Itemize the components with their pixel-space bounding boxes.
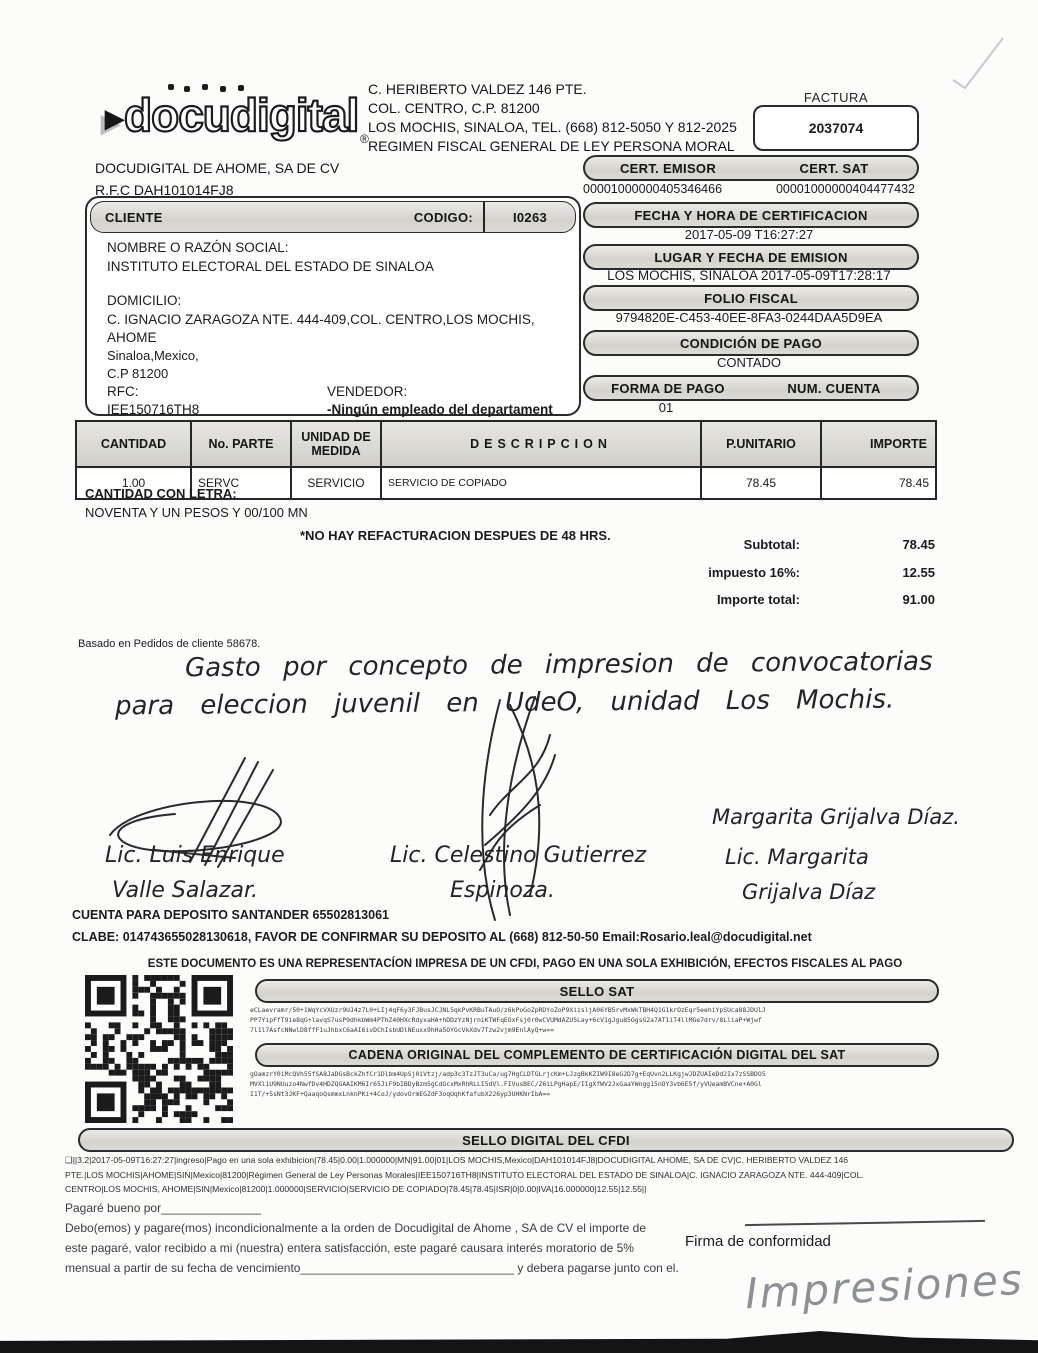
lugar-pill: LUGAR Y FECHA DE EMISION xyxy=(583,244,919,270)
tax-label: impuesto 16%: xyxy=(600,565,800,580)
domicilio-line1: C. IGNACIO ZARAGOZA NTE. 444-409,COL. CE… xyxy=(107,312,535,327)
signer3-name-line1: Lic. Margarita xyxy=(725,845,869,869)
deposit-account-line: CUENTA PARA DEPOSITO SANTANDER 655028130… xyxy=(72,908,389,922)
forma-pago-pill: FORMA DE PAGO NUM. CUENTA xyxy=(583,375,919,401)
domicilio-line2: AHOME xyxy=(107,330,157,345)
cadena-text: gOamzrY0iMcQVh55fSA8JaDGsBckZhfCr1Dlbm4U… xyxy=(250,1069,940,1099)
sello-cfdi-line: CENTRO|LOS MOCHIS, AHOME|SIN|Mexico|8120… xyxy=(65,1182,1015,1197)
lugar-value: LOS MOCHIS, SINALOA 2017-05-09T17:28:17 xyxy=(575,268,923,283)
cert-values: 00001000000405346466 0000100000040447743… xyxy=(583,182,915,196)
signer2-name-line2: Espinoza. xyxy=(450,878,555,903)
sello-sat-pill: SELLO SAT xyxy=(255,979,939,1003)
sello-sat-text: eCLaevramr/50+1WqYcVXUzr9UJ4z7L0+LIj4qF6… xyxy=(250,1005,940,1035)
col-no-parte: No. PARTE xyxy=(191,421,291,467)
cadena-pill: CADENA ORIGINAL DEL COMPLEMENTO DE CERTI… xyxy=(255,1043,939,1067)
sello-sat-label: SELLO SAT xyxy=(560,984,635,999)
cadena-label: CADENA ORIGINAL DEL COMPLEMENTO DE CERTI… xyxy=(349,1048,846,1062)
codigo-label: CODIGO: xyxy=(414,210,483,225)
firma-conformidad-label: Firma de conformidad xyxy=(685,1233,831,1250)
total-label: Importe total: xyxy=(600,592,800,607)
col-cantidad: CANTIDAD xyxy=(76,421,191,467)
pagare-line3: mensual a partir de su fecha de vencimie… xyxy=(65,1258,679,1278)
sello-sat-line: PP7YipFfT9ie8qG+lavqS7usP9dhkbWm4PThZ40H… xyxy=(250,1015,940,1025)
fecha-cert-label: FECHA Y HORA DE CERTIFICACION xyxy=(634,208,867,223)
handwritten-impresiones: Impresiones xyxy=(744,1255,1025,1319)
cert-header-pill: CERT. EMISOR CERT. SAT xyxy=(583,155,919,181)
col-importe: IMPORTE xyxy=(821,421,936,467)
scanned-invoice-page: ► docudigital ® C. HERIBERTO VALDEZ 146 … xyxy=(0,0,1038,1353)
client-rfc-label: RFC: xyxy=(107,384,139,399)
razon-social-value: INSTITUTO ELECTORAL DEL ESTADO DE SINALO… xyxy=(107,259,434,274)
vendedor-value: -Ningún empleado del departament xyxy=(327,402,553,417)
address-line: REGIMEN FISCAL GENERAL DE LEY PERSONA MO… xyxy=(368,137,768,156)
refacturacion-note: *NO HAY REFACTURACION DESPUES DE 48 HRS. xyxy=(300,528,611,543)
razon-social-label: NOMBRE O RAZÓN SOCIAL: xyxy=(107,240,289,255)
items-header-row: CANTIDAD No. PARTE UNIDAD DE MEDIDA DESC… xyxy=(76,421,936,467)
cert-sat-label: CERT. SAT xyxy=(751,161,917,176)
condicion-value: CONTADO xyxy=(583,355,915,370)
cert-sat-value: 00001000000404477432 xyxy=(776,182,915,196)
folio-fiscal-value: 9794820E-C453-40EE-8FA3-0244DAA5D9EA xyxy=(575,310,923,325)
cantidad-letra-value: NOVENTA Y UN PESOS Y 00/100 MN xyxy=(85,505,308,520)
pagare-line1: Debo(emos) y pagare(mos) incondicionalme… xyxy=(65,1218,646,1238)
factura-number-box: 2037074 xyxy=(753,105,919,151)
col-descripcion: DESCRIPCION xyxy=(381,421,701,467)
signer1-name-line1: Lic. Luis Enrique xyxy=(105,843,285,868)
logo-wordmark: docudigital xyxy=(124,88,358,142)
clabe-line: CLABE: 014743655028130618, FAVOR DE CONF… xyxy=(72,930,812,944)
sello-cfdi-label: SELLO DIGITAL DEL CFDI xyxy=(462,1133,630,1148)
col-unidad: UNIDAD DE MEDIDA xyxy=(291,421,381,467)
signer3-name-line0: Margarita Grijalva Díaz. xyxy=(712,805,960,829)
handwritten-note-line1: Gasto por concepto de impresion de convo… xyxy=(185,647,933,684)
sello-cfdi-line: PTE.|LOS MOCHIS|AHOME|SIN|Mexico|81200|R… xyxy=(65,1168,1015,1183)
cell-p-unitario: 78.45 xyxy=(701,467,821,499)
scan-edge-bar xyxy=(0,1331,1038,1353)
num-cuenta-label: NUM. CUENTA xyxy=(751,381,917,396)
cell-importe: 78.45 xyxy=(821,467,936,499)
vendedor-label: VENDEDOR: xyxy=(327,384,407,399)
cadena-line: gOamzrY0iMcQVh55fSA8JaDGsBckZhfCr1Dlbm4U… xyxy=(250,1069,940,1079)
domicilio-label: DOMICILIO: xyxy=(107,293,181,308)
total-value: 91.00 xyxy=(835,592,935,607)
cell-unidad: SERVICIO xyxy=(291,467,381,499)
subtotal-label: Subtotal: xyxy=(600,537,800,552)
signer1-name-line2: Valle Salazar. xyxy=(112,878,258,903)
fecha-cert-pill: FECHA Y HORA DE CERTIFICACION xyxy=(583,202,919,228)
sello-cfdi-pill: SELLO DIGITAL DEL CFDI xyxy=(78,1128,1014,1152)
cert-emisor-label: CERT. EMISOR xyxy=(585,161,751,176)
cliente-label: CLIENTE xyxy=(91,210,414,225)
sello-cfdi-line: ❑||3.2|2017-05-09T16:27:27|ingreso|Pago … xyxy=(65,1153,1015,1168)
sello-sat-line: eCLaevramr/50+1WqYcVXUzr9UJ4z7L0+LIj4qF6… xyxy=(250,1005,940,1015)
factura-number: 2037074 xyxy=(809,120,864,136)
codigo-value: I0263 xyxy=(483,202,575,232)
sello-cfdi-text: ❑||3.2|2017-05-09T16:27:27|ingreso|Pago … xyxy=(65,1153,1015,1197)
signer3-name-line2: Grijalva Díaz xyxy=(742,880,875,904)
firma-line xyxy=(745,1220,985,1226)
forma-pago-value: 01 xyxy=(583,400,749,415)
based-on-order-note: Basado en Pedidos de cliente 58678. xyxy=(78,638,260,650)
cadena-line: MVXl1U9NUuzo4NwfDv4HDZQGAAIKM6Ir65JiF9bI… xyxy=(250,1079,940,1089)
lugar-label: LUGAR Y FECHA DE EMISION xyxy=(654,250,847,265)
cfdi-banner: ESTE DOCUMENTO ES UNA REPRESENTACÍON IMP… xyxy=(110,958,940,970)
signer2-name-line1: Lic. Celestino Gutierrez xyxy=(390,843,646,868)
folio-pill: FOLIO FISCAL xyxy=(583,285,919,311)
forma-pago-label: FORMA DE PAGO xyxy=(585,381,751,396)
address-line: LOS MOCHIS, SINALOA, TEL. (668) 812-5050… xyxy=(368,118,768,137)
cantidad-letra-label: CANTIDAD CON LETRA: xyxy=(85,486,237,501)
company-address: C. HERIBERTO VALDEZ 146 PTE. COL. CENTRO… xyxy=(368,80,768,156)
emitter-name: DOCUDIGITAL DE AHOME, SA DE CV xyxy=(95,160,339,176)
client-rfc-value: IEE150716TH8 xyxy=(107,402,199,417)
address-line: COL. CENTRO, C.P. 81200 xyxy=(368,99,768,118)
subtotal-value: 78.45 xyxy=(835,537,935,552)
domicilio-line3: Sinaloa,Mexico, xyxy=(107,348,199,363)
docudigital-logo: ► docudigital ® xyxy=(98,84,378,164)
cell-descripcion: SERVICIO DE COPIADO xyxy=(381,467,701,499)
client-box: CLIENTE CODIGO: I0263 NOMBRE O RAZÓN SOC… xyxy=(85,196,581,416)
col-p-unitario: P.UNITARIO xyxy=(701,421,821,467)
sello-sat-line: 7l1l7AsfcNNwlD8ffF1uJhbxC6aAI6ivDChIsbUD… xyxy=(250,1025,940,1035)
pagare-line2: este pagaré, valor recibido a mi (nuestr… xyxy=(65,1238,634,1258)
pen-checkmark xyxy=(935,18,1015,93)
logo-dots xyxy=(168,84,174,90)
qr-code xyxy=(85,975,233,1123)
cert-emisor-value: 00001000000405346466 xyxy=(583,182,722,196)
folio-fiscal-label: FOLIO FISCAL xyxy=(704,291,798,306)
domicilio-line4: C.P 81200 xyxy=(107,366,168,381)
pagare-line0: Pagaré bueno por_______________ xyxy=(65,1198,261,1218)
cadena-line: I1T/+5sNt3JKF+QaaqoQsmmxLnknPKi+4CoJ/ydo… xyxy=(250,1089,940,1099)
fecha-cert-value: 2017-05-09 T16:27:27 xyxy=(583,227,915,242)
condicion-pill: CONDICIÓN DE PAGO xyxy=(583,330,919,356)
factura-label: FACTURA xyxy=(755,90,917,105)
tax-value: 12.55 xyxy=(835,565,935,580)
condicion-label: CONDICIÓN DE PAGO xyxy=(680,336,822,351)
client-box-header: CLIENTE CODIGO: I0263 xyxy=(90,201,576,233)
address-line: C. HERIBERTO VALDEZ 146 PTE. xyxy=(368,80,768,99)
